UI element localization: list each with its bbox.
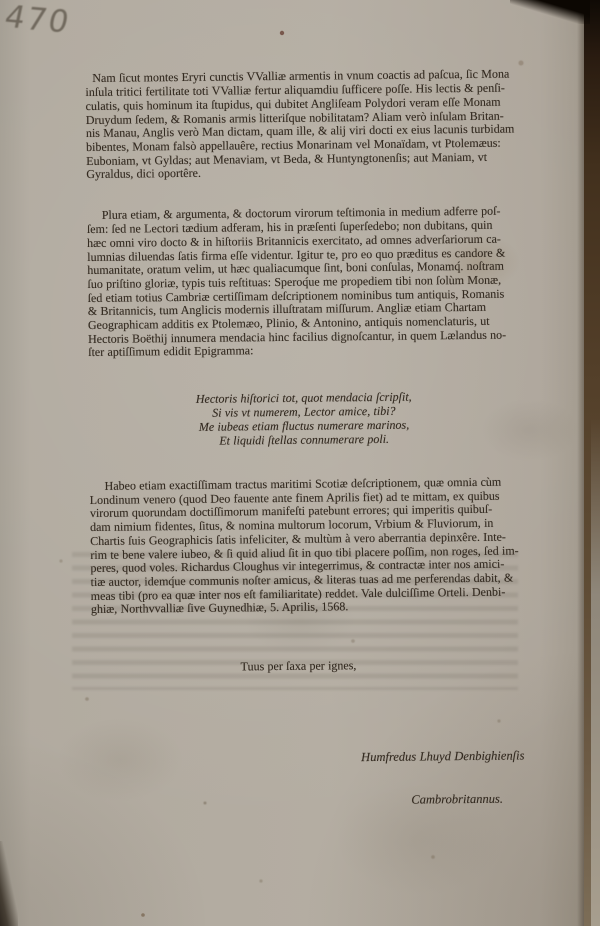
- letter-paragraph-3: Habeo etiam exactiſſimam tractus maritim…: [90, 475, 535, 617]
- valediction: Tuus per ſaxa per ignes,: [91, 658, 535, 676]
- letter-text-block: Nam ſicut montes Eryri cunctis VValliæ a…: [85, 40, 538, 867]
- bottom-left-page-edge-shadow: [0, 841, 18, 926]
- leland-epigram: Hectoris hiſtorici tot, quot mendacia ſc…: [89, 388, 534, 449]
- signature-epithet: Cambrobritannus.: [93, 791, 525, 810]
- signature-name: Humfredus Lhuyd Denbighienſis: [92, 748, 524, 767]
- letter-paragraph-2: Plura etiam, & argumenta, & doctorum vir…: [87, 205, 533, 360]
- top-right-binding-shadow: [510, 0, 590, 24]
- letter-paragraph-1: Nam ſicut montes Eryri cunctis VValliæ a…: [85, 68, 530, 182]
- signature-block: Humfredus Lhuyd Denbighienſis Cambrobrit…: [92, 719, 537, 840]
- book-fore-edge-shadow: [584, 0, 600, 926]
- book-page-scan: 470 Nam ſicut montes Eryri cunctis VVall…: [0, 0, 600, 926]
- parchment-specks: [0, 0, 2, 2]
- handwritten-folio-number: 470: [1, 0, 73, 41]
